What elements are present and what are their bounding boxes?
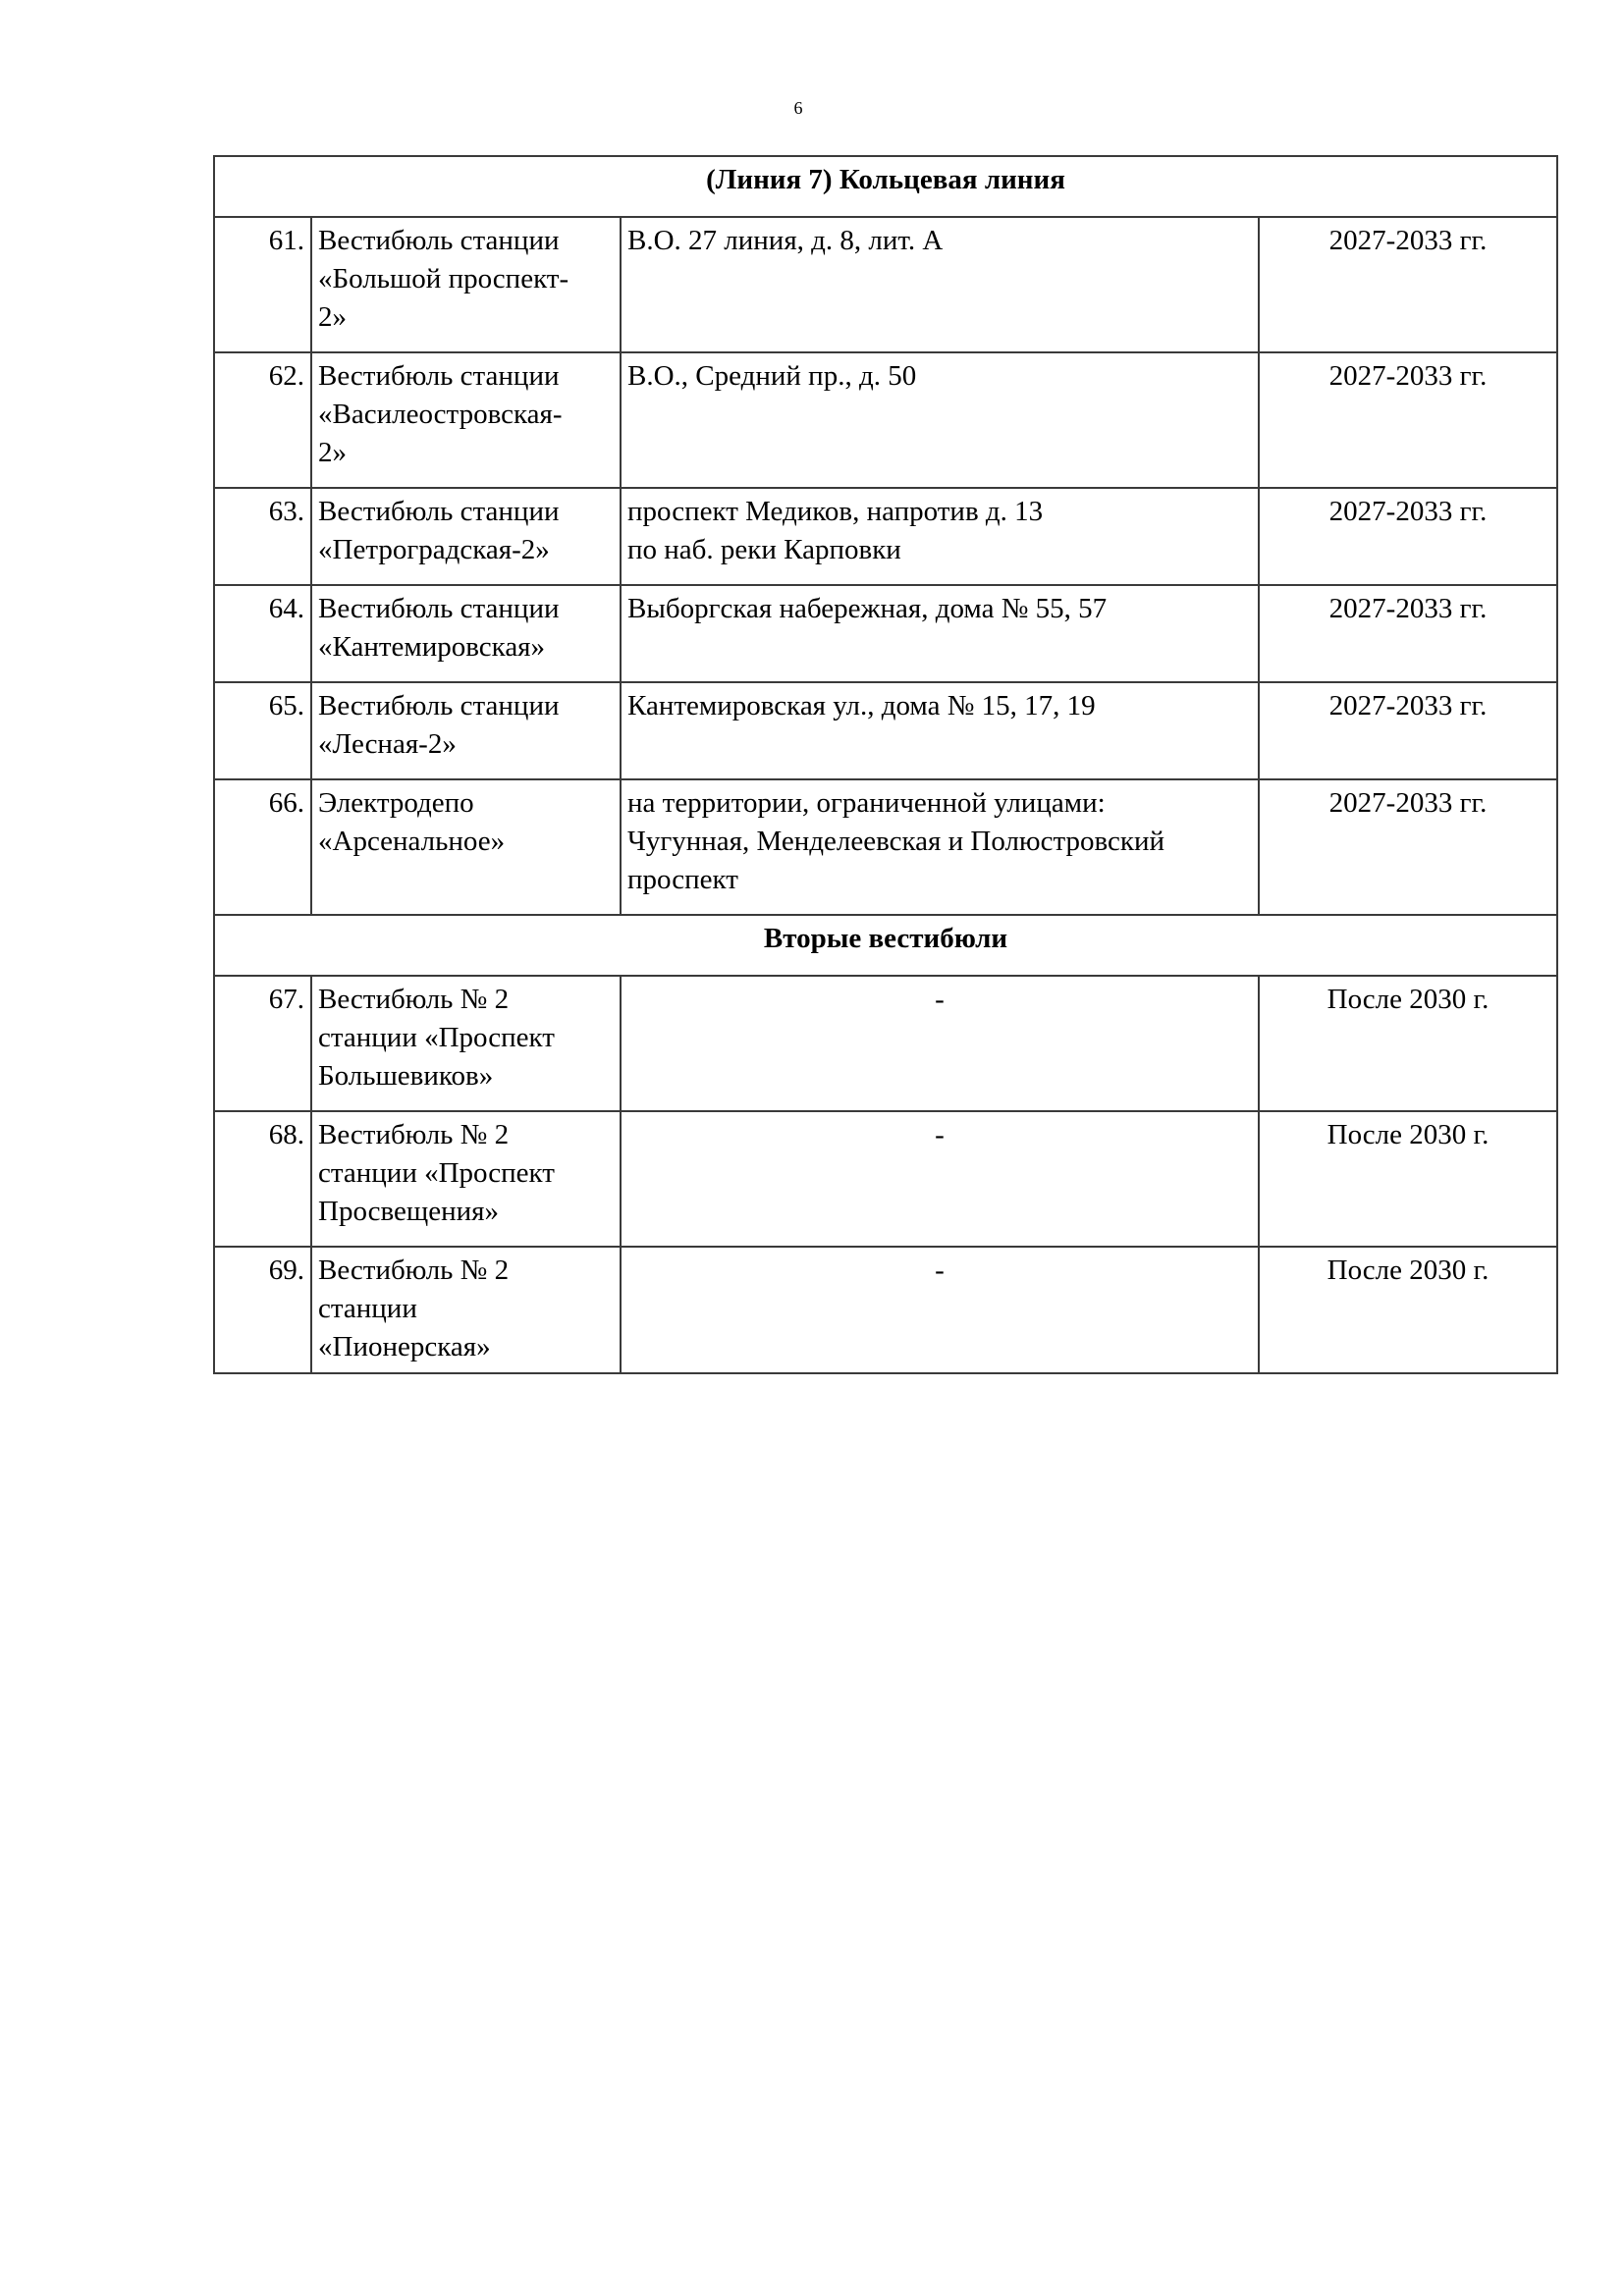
row-number: 63. — [214, 488, 311, 585]
construction-period: 2027-2033 гг. — [1259, 217, 1557, 352]
section-title: (Линия 7) Кольцевая линия — [214, 156, 1557, 217]
object-name: Вестибюль станции«Лесная-2» — [311, 682, 621, 779]
object-address: на территории, ограниченной улицами:Чугу… — [621, 779, 1259, 915]
table-row: 66.Электродепо«Арсенальное»на территории… — [214, 779, 1557, 915]
table-row: 61.Вестибюль станции«Большой проспект-2»… — [214, 217, 1557, 352]
object-name: Вестибюль станции«Василеостровская-2» — [311, 352, 621, 488]
row-number: 67. — [214, 976, 311, 1111]
section-title: Вторые вестибюли — [214, 915, 1557, 976]
object-name: Вестибюль станции«Кантемировская» — [311, 585, 621, 682]
object-address: проспект Медиков, напротив д. 13по наб. … — [621, 488, 1259, 585]
object-address: - — [621, 976, 1259, 1111]
stations-table: (Линия 7) Кольцевая линия61.Вестибюль ст… — [213, 155, 1558, 1374]
table-row: 62.Вестибюль станции«Василеостровская-2»… — [214, 352, 1557, 488]
row-number: 62. — [214, 352, 311, 488]
object-name: Электродепо«Арсенальное» — [311, 779, 621, 915]
construction-period: После 2030 г. — [1259, 976, 1557, 1111]
object-name: Вестибюль № 2станции«Пионерская» — [311, 1247, 621, 1373]
construction-period: 2027-2033 гг. — [1259, 779, 1557, 915]
object-address: В.О., Средний пр., д. 50 — [621, 352, 1259, 488]
section-header-row: Вторые вестибюли — [214, 915, 1557, 976]
construction-period: После 2030 г. — [1259, 1247, 1557, 1373]
construction-period: 2027-2033 гг. — [1259, 352, 1557, 488]
row-number: 69. — [214, 1247, 311, 1373]
object-address: Выборгская набережная, дома № 55, 57 — [621, 585, 1259, 682]
object-address: В.О. 27 линия, д. 8, лит. А — [621, 217, 1259, 352]
object-name: Вестибюль станции«Петроградская-2» — [311, 488, 621, 585]
construction-period: 2027-2033 гг. — [1259, 585, 1557, 682]
section-header-row: (Линия 7) Кольцевая линия — [214, 156, 1557, 217]
row-number: 64. — [214, 585, 311, 682]
row-number: 61. — [214, 217, 311, 352]
table-row: 69.Вестибюль № 2станции«Пионерская»-Посл… — [214, 1247, 1557, 1373]
row-number: 68. — [214, 1111, 311, 1247]
table-row: 63.Вестибюль станции«Петроградская-2»про… — [214, 488, 1557, 585]
construction-period: После 2030 г. — [1259, 1111, 1557, 1247]
object-address: Кантемировская ул., дома № 15, 17, 19 — [621, 682, 1259, 779]
object-address: - — [621, 1111, 1259, 1247]
construction-period: 2027-2033 гг. — [1259, 488, 1557, 585]
construction-period: 2027-2033 гг. — [1259, 682, 1557, 779]
page-number: 6 — [0, 98, 1610, 119]
row-number: 65. — [214, 682, 311, 779]
table-row: 65.Вестибюль станции«Лесная-2»Кантемиров… — [214, 682, 1557, 779]
object-name: Вестибюль станции«Большой проспект-2» — [311, 217, 621, 352]
object-address: - — [621, 1247, 1259, 1373]
row-number: 66. — [214, 779, 311, 915]
table-row: 68.Вестибюль № 2станции «ПроспектПросвещ… — [214, 1111, 1557, 1247]
table-row: 67.Вестибюль № 2станции «ПроспектБольшев… — [214, 976, 1557, 1111]
object-name: Вестибюль № 2станции «ПроспектПросвещени… — [311, 1111, 621, 1247]
table-row: 64.Вестибюль станции«Кантемировская»Выбо… — [214, 585, 1557, 682]
object-name: Вестибюль № 2станции «ПроспектБольшевико… — [311, 976, 621, 1111]
